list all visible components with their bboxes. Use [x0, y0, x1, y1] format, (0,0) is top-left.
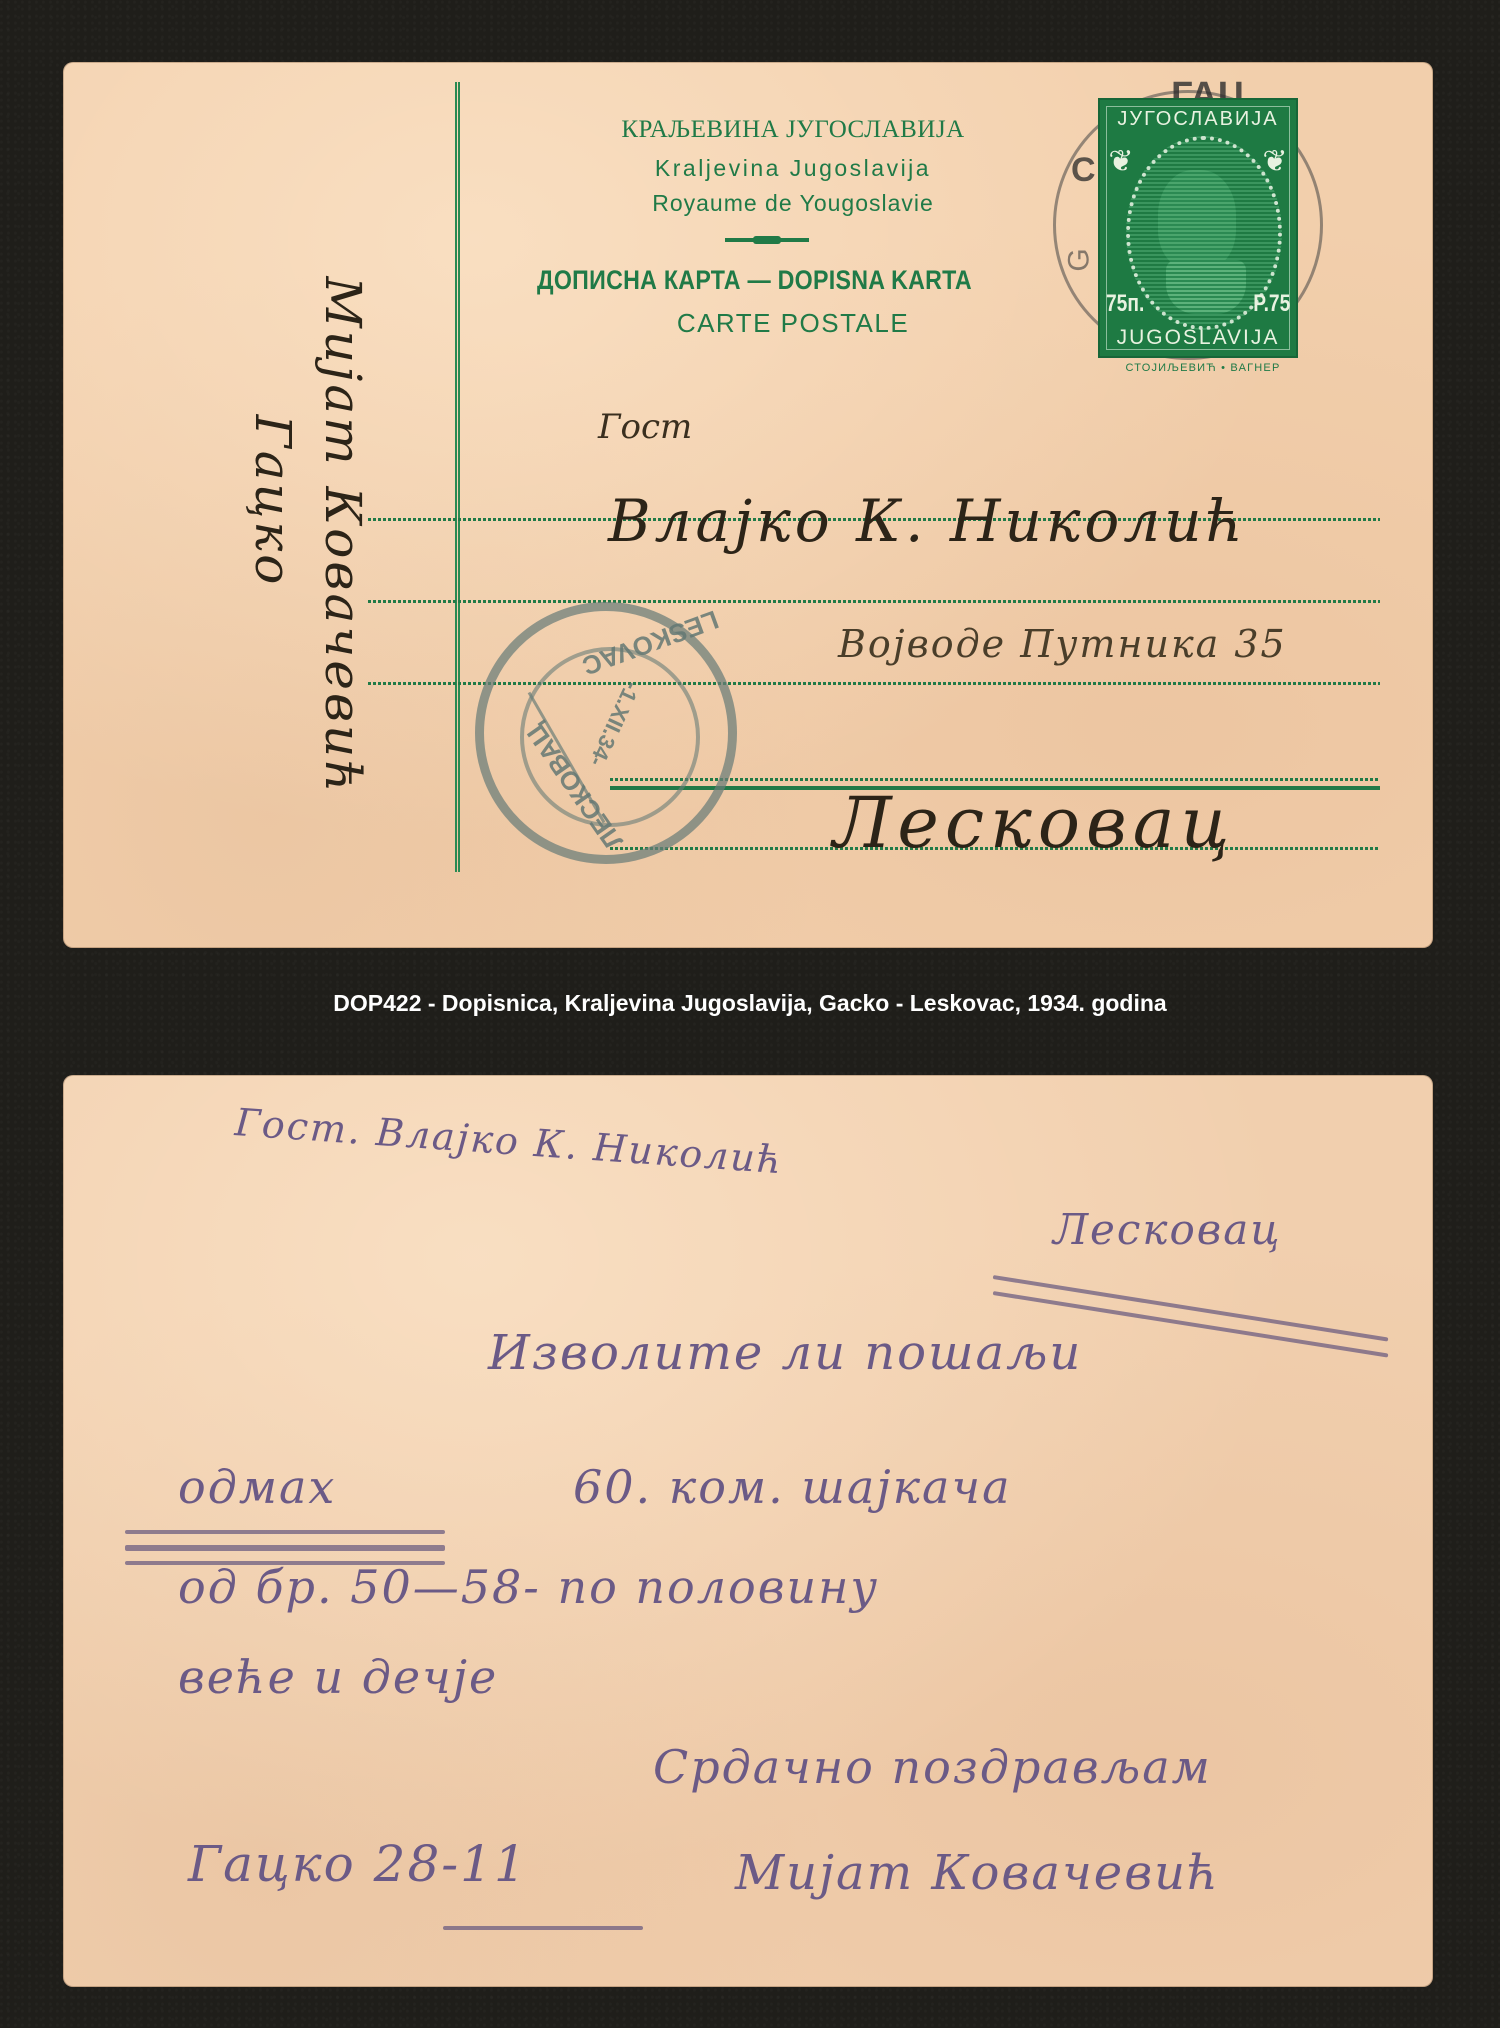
message-line: одмах	[178, 1460, 336, 1514]
postcard-front: КРАЉЕВИНА ЈУГОСЛАВИЈА Kraljevina Jugosla…	[63, 62, 1433, 948]
header-cyrillic: КРАЉЕВИНА ЈУГОСЛАВИЈА	[553, 116, 1033, 144]
message-line: од бр. 50—58- по половину	[178, 1560, 879, 1614]
header-ornament	[725, 238, 809, 242]
postmark-letter: G	[1063, 248, 1097, 271]
sender-divider-line	[455, 82, 460, 872]
message-line: Гост. Влајко К. Николић	[233, 1100, 784, 1182]
sender-town: Гацко	[244, 321, 302, 681]
message-line: 60. ком. шајкача	[573, 1460, 1012, 1514]
message-signature: Мијат Ковачевић	[735, 1845, 1220, 1901]
recipient-street: Војводе Путника 35	[838, 622, 1287, 666]
stamp-value-right: P.75	[1253, 290, 1290, 318]
stamp-value-left: 75п.	[1106, 290, 1144, 318]
card-type-french: CARTE POSTALE	[553, 308, 1033, 339]
card-type-title: ДОПИСНА КАРТА — DOPISNA KARTA	[475, 265, 1034, 296]
stamp-designer-imprint: СТОЈИЉЕВИЋ • ВАГНЕР	[1103, 362, 1303, 374]
king-portrait-icon	[1158, 170, 1236, 270]
postmark-date: -1.XII.34-	[583, 678, 645, 771]
recipient-greeting: Гост	[598, 407, 692, 447]
stamp-country-cyrillic: ЈУГОСЛАВИЈА	[1100, 108, 1296, 131]
item-caption: DOP422 - Dopisnica, Kraljevina Jugoslavi…	[0, 990, 1500, 1017]
message-line: Срдачно поздрављам	[653, 1740, 1212, 1794]
stamp-country-latin: JUGOSLAVIJA	[1100, 326, 1296, 350]
sender-name: Мијат Ковачевић	[314, 216, 372, 856]
postmark-text-top: LESKOVAC	[578, 604, 723, 682]
stamp-ornament-icon: ❦	[1106, 138, 1136, 186]
recipient-name: Влајко К. Николић	[608, 487, 1247, 555]
postage-stamp: ЈУГОСЛАВИЈА ❦ ❦ 75п. P.75 JUGOSLAVIJA	[1098, 98, 1298, 358]
address-line-2	[368, 600, 1380, 603]
postmark-letter: C	[1071, 151, 1096, 190]
header-latin: Kraljevina Jugoslavija	[553, 155, 1033, 182]
recipient-city: Лесковац	[833, 782, 1235, 864]
message-line: Изволите ли пошаљи	[488, 1325, 1082, 1381]
destination-postmark: LESKOVAC ЛЕСКОВАЦ -1.XII.34-	[475, 602, 737, 864]
message-line: Гацко 28-11	[188, 1835, 528, 1893]
pencil-underline	[125, 1545, 445, 1551]
message-line: Лесковац	[1053, 1205, 1282, 1254]
header-french: Royaume de Yougoslavie	[553, 190, 1033, 217]
pencil-underline	[125, 1530, 445, 1534]
message-line: веће и дечје	[178, 1650, 498, 1704]
postcard-back: Гост. Влајко К. Николић Лесковац Изволит…	[63, 1075, 1433, 1987]
pencil-underline	[443, 1926, 643, 1930]
king-uniform-icon	[1166, 260, 1246, 314]
